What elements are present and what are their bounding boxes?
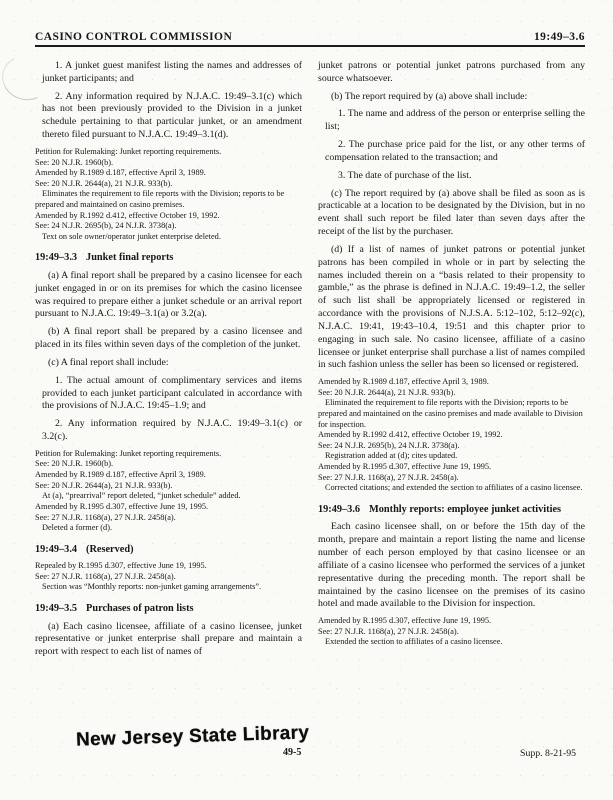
right-column: junket patrons or potential junket patro… [318, 60, 585, 664]
note-line: Amended by R.1995 d.307, effective June … [318, 462, 585, 473]
paragraph: junket patrons or potential junket patro… [318, 60, 585, 86]
paragraph: (d) If a list of names of junket patrons… [318, 244, 585, 372]
note-line: Text on sole owner/operator junket enter… [35, 232, 302, 243]
history-note: Amended by R.1989 d.187, effective April… [318, 377, 585, 494]
paragraph: (b) The report required by (a) above sha… [318, 91, 585, 104]
paragraph: (b) A final report shall be prepared by … [35, 326, 302, 352]
note-line: Eliminates the requirement to file repor… [35, 189, 302, 210]
scanned-regulation-page: CASINO CONTROL COMMISSION 19:49–3.6 1. A… [0, 0, 613, 800]
note-line: Amended by R.1989 d.187, effective April… [35, 168, 302, 179]
note-line: Registration added at (d); cites updated… [318, 451, 585, 462]
note-line: Amended by R.1989 d.187, effective April… [35, 470, 302, 481]
note-line: See: 24 N.J.R. 2695(b), 24 N.J.R. 3738(a… [35, 221, 302, 232]
paragraph: (c) A final report shall include: [35, 357, 302, 370]
note-line: Amended by R.1995 d.307, effective June … [35, 502, 302, 513]
section-number: 19:49–3.5 [35, 603, 77, 614]
note-line: Extended the section to affiliates of a … [318, 637, 585, 648]
note-line: See: 20 N.J.R. 2644(a), 21 N.J.R. 933(b)… [35, 179, 302, 190]
note-line: At (a), “prearrival” report deleted, “ju… [35, 491, 302, 502]
paragraph: (a) Each casino licensee, affiliate of a… [35, 621, 302, 659]
note-line: Amended by R.1989 d.187, effective April… [318, 377, 585, 388]
section-number: 19:49–3.4 [35, 544, 77, 555]
section-number: 19:49–3.6 [318, 504, 360, 515]
note-line: Corrected citations; and extended the se… [318, 483, 585, 494]
note-line: See: 27 N.J.R. 1168(a), 27 N.J.R. 2458(a… [35, 513, 302, 524]
page-number: 49-5 [283, 747, 301, 758]
note-line: Amended by R.1992 d.412, effective Octob… [318, 430, 585, 441]
note-line: Section was “Monthly reports: non-junket… [35, 582, 302, 593]
numbered-item: 2. The purchase price paid for the list,… [325, 139, 585, 165]
section-number: 19:49–3.3 [35, 252, 77, 263]
section-title: Purchases of patron lists [86, 603, 193, 614]
numbered-item: 1. A junket guest manifest listing the n… [42, 60, 302, 86]
running-header: CASINO CONTROL COMMISSION 19:49–3.6 [35, 31, 585, 47]
numbered-item: 3. The date of purchase of the list. [325, 170, 585, 183]
note-line: See: 27 N.J.R. 1168(a), 27 N.J.R. 2458(a… [318, 473, 585, 484]
note-line: Petition for Rulemaking: Junket reportin… [35, 147, 302, 158]
numbered-item: 1. The actual amount of complimentary se… [42, 375, 302, 413]
note-line: Amended by R.1995 d.307, effective June … [318, 616, 585, 627]
note-line: Repealed by R.1995 d.307, effective June… [35, 561, 302, 572]
history-note: Petition for Rulemaking: Junket reportin… [35, 449, 302, 534]
paragraph: (a) A final report shall be prepared by … [35, 270, 302, 321]
section-heading: 19:49–3.3Junket final reports [35, 251, 302, 264]
note-line: See: 27 N.J.R. 1168(a), 27 N.J.R. 2458(a… [35, 572, 302, 583]
numbered-item: 1. The name and address of the person or… [325, 108, 585, 134]
numbered-item: 2. Any information required by N.J.A.C. … [42, 418, 302, 444]
note-line: See: 20 N.J.R. 2644(a), 21 N.J.R. 933(b)… [35, 481, 302, 492]
left-column: 1. A junket guest manifest listing the n… [35, 60, 302, 664]
note-line: Petition for Rulemaking: Junket reportin… [35, 449, 302, 460]
note-line: See: 24 N.J.R. 2695(b), 24 N.J.R. 3738(a… [318, 441, 585, 452]
history-note: Petition for Rulemaking: Junket reportin… [35, 147, 302, 242]
paragraph: Each casino licensee shall, on or before… [318, 521, 585, 611]
section-title: Monthly reports: employee junket activit… [369, 504, 561, 515]
header-title: CASINO CONTROL COMMISSION [35, 31, 232, 43]
two-column-body: 1. A junket guest manifest listing the n… [35, 60, 585, 664]
section-heading: 19:49–3.4(Reserved) [35, 543, 302, 556]
history-note: Amended by R.1995 d.307, effective June … [318, 616, 585, 648]
history-note: Repealed by R.1995 d.307, effective June… [35, 561, 302, 593]
note-line: Eliminated the requirement to file repor… [318, 398, 585, 430]
supplement-date: Supp. 8-21-95 [520, 748, 576, 759]
section-heading: 19:49–3.6Monthly reports: employee junke… [318, 503, 585, 516]
note-line: See: 20 N.J.R. 2644(a), 21 N.J.R. 933(b)… [318, 388, 585, 399]
note-line: See: 20 N.J.R. 1960(b). [35, 158, 302, 169]
note-line: See: 20 N.J.R. 1960(b). [35, 459, 302, 470]
numbered-item: 2. Any information required by N.J.A.C. … [42, 91, 302, 142]
paragraph: (c) The report required by (a) above sha… [318, 188, 585, 239]
library-stamp: New Jersey State Library [76, 722, 310, 751]
section-title: Junket final reports [86, 252, 173, 263]
note-line: See: 27 N.J.R. 1168(a), 27 N.J.R. 2458(a… [318, 627, 585, 638]
note-line: Deleted a former (d). [35, 523, 302, 534]
header-section-number: 19:49–3.6 [534, 31, 585, 43]
section-title: (Reserved) [86, 544, 133, 555]
note-line: Amended by R.1992 d.412, effective Octob… [35, 211, 302, 222]
section-heading: 19:49–3.5Purchases of patron lists [35, 602, 302, 615]
